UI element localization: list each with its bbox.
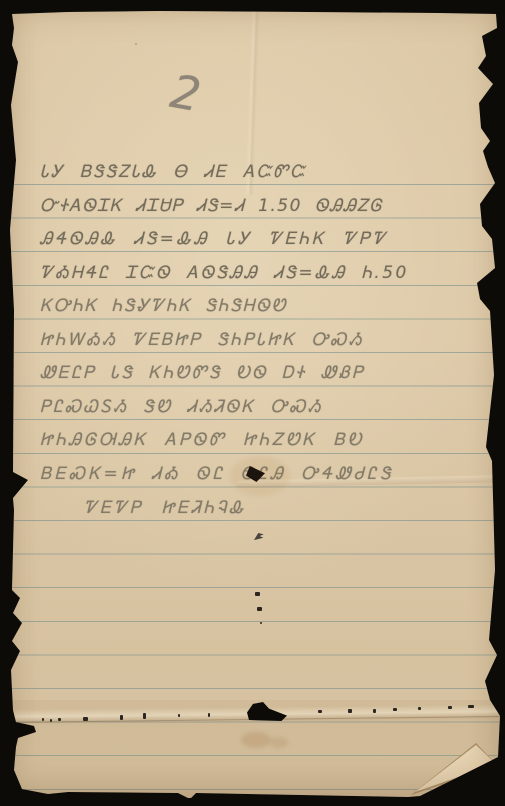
fold-speck bbox=[120, 715, 123, 720]
fold-speck bbox=[348, 709, 352, 713]
fold-speck bbox=[468, 705, 474, 708]
manuscript-line: ᏪᎬᏝᏢ ᏓᏕ ᏦᏂᏬᏛᏕ ᎧᏫ ᎠᏐ ᏪᏰᏢ bbox=[40, 360, 365, 386]
manuscript-signature-line: ᏤᎬᏤᏢ ᏥᎬᏘᏂᎸᎲ bbox=[84, 495, 246, 521]
manuscript-paper-sheet: 2 ᏓᎩ ᏴᏕᏕᏃᏓᎲ Ꮎ ᏗᎬ ᎪᏨᏛᏨ ᏅᏐᎪᏫᏆᏦ ᏗᏆᏌᏢ ᏗᏕ=Ꮧ 1… bbox=[8, 10, 500, 798]
fold-speck bbox=[42, 718, 44, 721]
ink-speck bbox=[260, 622, 262, 624]
fold-speck bbox=[83, 717, 88, 721]
fold-speck bbox=[418, 707, 421, 710]
photographed-manuscript: 2 ᏓᎩ ᏴᏕᏕᏃᏓᎲ Ꮎ ᏗᎬ ᎪᏨᏛᏨ ᏅᏐᎪᏫᏆᏦ ᏗᏆᏌᏢ ᏗᏕ=Ꮧ 1… bbox=[0, 0, 505, 806]
fold-speck bbox=[448, 706, 452, 709]
fold-speck bbox=[178, 714, 180, 717]
manuscript-line: ᏥᏂᎯᎶᎺᎯᏦ ᎪᏢᏫᏛ ᏥᏂᏃᏬᏦ ᏴᎧ bbox=[40, 427, 364, 453]
fold-speck bbox=[143, 713, 146, 719]
manuscript-line: ᏴᎬᏍᏦ=Ꮵ ᏗᎣ ᏫᏝ ᏫᏝᎯ ᎤᏎᏪᏧᏝᏕ bbox=[40, 461, 394, 487]
manuscript-line: ᏦᎤᏂᏦ ᏂᏕᎽᏤᏂᏦ ᏕᏂᏕᎻᏫᏬ bbox=[40, 293, 287, 319]
manuscript-line: ᏅᏐᎪᏫᏆᏦ ᏗᏆᏌᏢ ᏗᏕ=Ꮧ 1.50 ᏫᎯᎯᏃᎶ bbox=[40, 193, 383, 219]
manuscript-line: ᏥᏂᎳᎣᏱ ᏤᎬᏴᏥᏢ ᏕᏂᏢᏓᏥᏦ ᎤᏍᏱ bbox=[40, 327, 364, 353]
fold-speck bbox=[318, 710, 322, 713]
manuscript-line: ᏤᎣᎻᏎᏝ ᏆᏨᏫ ᎪᏫᏕᎯᎯ ᏗᏕ=ᎲᎯ Ꮒ.50 bbox=[40, 260, 409, 286]
page-number: 2 bbox=[167, 64, 205, 122]
paper-speck bbox=[135, 43, 137, 45]
stain bbox=[230, 456, 290, 496]
fold-speck bbox=[393, 708, 397, 711]
stain bbox=[270, 737, 288, 748]
fold-speck bbox=[50, 719, 52, 722]
ink-speck bbox=[257, 607, 262, 611]
fold-speck bbox=[58, 718, 61, 721]
stain bbox=[241, 732, 271, 748]
manuscript-line: ᎯᏎᏫᎯᎲ ᏗᏕ=ᎲᎯ ᏓᎩ ᏤᎬᏂᏦ ᏤᏢᏤ bbox=[40, 226, 389, 252]
fold-speck bbox=[373, 709, 376, 713]
fold-speck bbox=[208, 713, 210, 717]
ink-speck bbox=[255, 592, 260, 596]
manuscript-line: ᏢᏝᏍᏇᏚᏱ ᏕᏬ ᏗᏱᏘᏫᏦ ᎤᏍᏱ bbox=[40, 394, 323, 420]
manuscript-line: ᏓᎩ ᏴᏕᏕᏃᏓᎲ Ꮎ ᏗᎬ ᎪᏨᏛᏨ bbox=[40, 159, 307, 185]
